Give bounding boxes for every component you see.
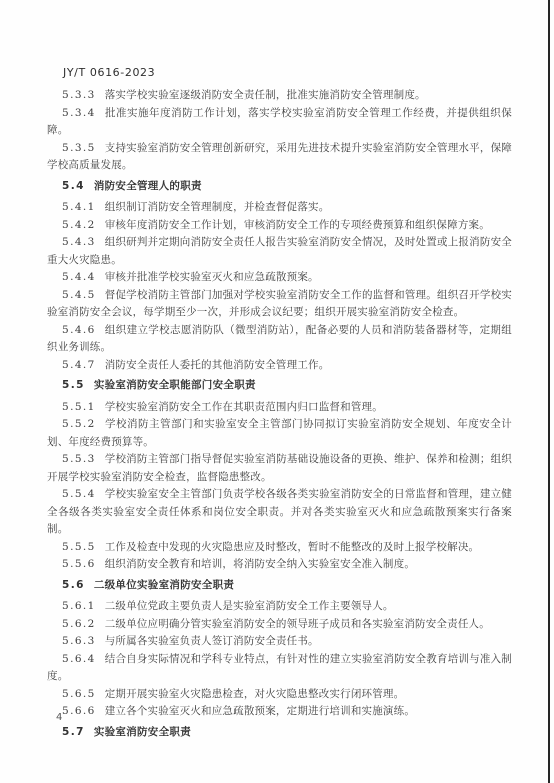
clause-text: 组织消防安全教育和培训，将消防安全纳入实验室安全准入制度。 bbox=[105, 558, 415, 570]
clause-text: 审核并批准学校实验室灭火和应急疏散预案。 bbox=[105, 271, 319, 283]
clause-5.3.3: 5.3.3落实学校实验室逐级消防安全责任制，批准实施消防安全管理制度。 bbox=[47, 87, 512, 105]
clause-5.5.6: 5.5.6组织消防安全教育和培训，将消防安全纳入实验室安全准入制度。 bbox=[47, 556, 512, 574]
clause-number: 5.4.4 bbox=[62, 271, 105, 283]
clause-number: 5.3.4 bbox=[62, 107, 105, 119]
clause-5.4.7: 5.4.7消防安全责任人委托的其他消防安全管理工作。 bbox=[47, 357, 512, 375]
clause-text: 组织研判并定期向消防安全责任人报告实验室消防安全情况，及时处置或上报消防安全重大… bbox=[47, 236, 512, 266]
clause-5.5.1: 5.5.1学校实验室消防安全工作在其职责范围内归口监督和管理。 bbox=[47, 399, 512, 417]
heading-number: 5.6 bbox=[62, 579, 94, 591]
clause-text: 学校消防主管部门指导督促实验室消防基础设施设备的更换、维护、保养和检测；组织开展… bbox=[47, 453, 512, 483]
clause-5.6.1: 5.6.1二级单位党政主要负责人是实验室消防安全工作主要领导人。 bbox=[47, 598, 512, 616]
clause-5.6.4: 5.6.4结合自身实际情况和学科专业特点，有针对性的建立实验室消防安全教育培训与… bbox=[47, 651, 512, 686]
clause-number: 5.5.4 bbox=[62, 488, 105, 500]
clause-number: 5.6.1 bbox=[62, 600, 105, 612]
clause-number: 5.5.1 bbox=[62, 401, 105, 413]
clause-5.3.4: 5.3.4批准实施年度消防工作计划，落实学校实验室消防安全管理工作经费，并提供组… bbox=[47, 105, 512, 140]
clause-text: 与所属各实验室负责人签订消防安全责任书。 bbox=[105, 635, 319, 647]
clause-number: 5.5.6 bbox=[62, 558, 105, 570]
clause-text: 工作及检查中发现的火灾隐患应及时整改，暂时不能整改的及时上报学校解决。 bbox=[105, 541, 480, 553]
section-heading-5.6: 5.6二级单位实验室消防安全职责 bbox=[47, 577, 512, 595]
standard-number-header: JY/T 0616-2023 bbox=[63, 66, 155, 79]
clause-number: 5.5.3 bbox=[62, 453, 105, 465]
clause-number: 5.3.3 bbox=[62, 89, 105, 101]
clause-number: 5.5.5 bbox=[62, 541, 105, 553]
clause-text: 学校实验室安全主管部门负责学校各级各类实验室消防安全的日常监督和管理，建立健全各… bbox=[47, 488, 512, 535]
clause-number: 5.4.3 bbox=[62, 236, 105, 248]
clause-text: 组织建立学校志愿消防队（微型消防站），配备必要的人员和消防装备器材等，定期组织业… bbox=[47, 324, 512, 354]
clause-text: 二级单位党政主要负责人是实验室消防安全工作主要领导人。 bbox=[105, 600, 394, 612]
clause-number: 5.6.2 bbox=[62, 618, 105, 630]
clause-5.6.5: 5.6.5定期开展实验室火灾隐患检查，对火灾隐患整改实行闭环管理。 bbox=[47, 686, 512, 704]
clause-text: 消防安全责任人委托的其他消防安全管理工作。 bbox=[105, 359, 330, 371]
clause-text: 组织制订消防安全管理制度，并检查督促落实。 bbox=[105, 201, 330, 213]
clause-text: 二级单位应明确分管实验室消防安全的领导班子成员和各实验室消防安全责任人。 bbox=[105, 618, 490, 630]
heading-number: 5.4 bbox=[62, 180, 94, 192]
clause-5.6.3: 5.6.3与所属各实验室负责人签订消防安全责任书。 bbox=[47, 633, 512, 651]
heading-text: 实验室消防安全职能部门安全职责 bbox=[94, 379, 256, 391]
clause-text: 审核年度消防安全工作计划，审核消防安全工作的专项经费预算和组织保障方案。 bbox=[105, 219, 490, 231]
clause-5.4.6: 5.4.6组织建立学校志愿消防队（微型消防站），配备必要的人员和消防装备器材等，… bbox=[47, 322, 512, 357]
clause-text: 学校消防主管部门和实验室安全主管部门协同拟订实验室消防安全规划、年度安全计划、年… bbox=[47, 418, 512, 448]
clause-number: 5.6.5 bbox=[62, 688, 105, 700]
clause-number: 5.4.1 bbox=[62, 201, 105, 213]
clause-5.5.2: 5.5.2学校消防主管部门和实验室安全主管部门协同拟订实验室消防安全规划、年度安… bbox=[47, 416, 512, 451]
clause-number: 5.6.6 bbox=[62, 705, 105, 717]
clause-text: 结合自身实际情况和学科专业特点，有针对性的建立实验室消防安全教育培训与准入制度。 bbox=[47, 653, 512, 683]
clause-number: 5.4.6 bbox=[62, 324, 105, 336]
heading-text: 实验室消防安全职责 bbox=[94, 726, 191, 738]
section-heading-5.4: 5.4消防安全管理人的职责 bbox=[47, 178, 512, 196]
clause-5.4.3: 5.4.3组织研判并定期向消防安全责任人报告实验室消防安全情况，及时处置或上报消… bbox=[47, 234, 512, 269]
clause-5.4.5: 5.4.5督促学校消防主管部门加强对学校实验室消防安全工作的监督和管理。组织召开… bbox=[47, 287, 512, 322]
clause-text: 督促学校消防主管部门加强对学校实验室消防安全工作的监督和管理。组织召开学校实验室… bbox=[47, 289, 512, 319]
clause-text: 支持实验室消防安全管理创新研究，采用先进技术提升实验室消防安全管理水平，保障学校… bbox=[47, 142, 512, 172]
clause-number: 5.3.5 bbox=[62, 142, 105, 154]
clause-text: 落实学校实验室逐级消防安全责任制，批准实施消防安全管理制度。 bbox=[105, 89, 426, 101]
heading-text: 二级单位实验室消防安全职责 bbox=[94, 579, 234, 591]
clause-number: 5.4.7 bbox=[62, 359, 105, 371]
clause-5.5.4: 5.5.4学校实验室安全主管部门负责学校各级各类实验室消防安全的日常监督和管理，… bbox=[47, 486, 512, 539]
clause-number: 5.4.2 bbox=[62, 219, 105, 231]
clause-5.5.3: 5.5.3学校消防主管部门指导督促实验室消防基础设施设备的更换、维护、保养和检测… bbox=[47, 451, 512, 486]
clause-5.6.6: 5.6.6建立各个实验室灭火和应急疏散预案，定期进行培训和实施演练。 bbox=[47, 703, 512, 721]
clause-5.4.1: 5.4.1组织制订消防安全管理制度，并检查督促落实。 bbox=[47, 199, 512, 217]
clause-text: 定期开展实验室火灾隐患检查，对火灾隐患整改实行闭环管理。 bbox=[105, 688, 405, 700]
section-heading-5.7: 5.7实验室消防安全职责 bbox=[47, 724, 512, 742]
clause-text: 学校实验室消防安全工作在其职责范围内归口监督和管理。 bbox=[105, 401, 383, 413]
clause-number: 5.6.4 bbox=[62, 653, 105, 665]
clause-5.6.2: 5.6.2二级单位应明确分管实验室消防安全的领导班子成员和各实验室消防安全责任人… bbox=[47, 616, 512, 634]
clause-5.4.4: 5.4.4审核并批准学校实验室灭火和应急疏散预案。 bbox=[47, 269, 512, 287]
heading-number: 5.5 bbox=[62, 379, 94, 391]
clause-5.4.2: 5.4.2审核年度消防安全工作计划，审核消防安全工作的专项经费预算和组织保障方案… bbox=[47, 217, 512, 235]
scan-edge-line bbox=[548, 0, 550, 783]
clause-number: 5.6.3 bbox=[62, 635, 105, 647]
clause-text: 批准实施年度消防工作计划，落实学校实验室消防安全管理工作经费，并提供组织保障。 bbox=[47, 107, 512, 137]
scanned-document-page: JY/T 0616-2023 5.3.3落实学校实验室逐级消防安全责任制，批准实… bbox=[0, 0, 554, 783]
clause-number: 5.5.2 bbox=[62, 418, 105, 430]
clause-text: 建立各个实验室灭火和应急疏散预案，定期进行培训和实施演练。 bbox=[105, 705, 415, 717]
document-body: 5.3.3落实学校实验室逐级消防安全责任制，批准实施消防安全管理制度。 5.3.… bbox=[0, 87, 554, 745]
heading-text: 消防安全管理人的职责 bbox=[94, 180, 202, 192]
section-heading-5.5: 5.5实验室消防安全职能部门安全职责 bbox=[47, 377, 512, 395]
clause-5.5.5: 5.5.5工作及检查中发现的火灾隐患应及时整改，暂时不能整改的及时上报学校解决。 bbox=[47, 539, 512, 557]
clause-5.3.5: 5.3.5支持实验室消防安全管理创新研究，采用先进技术提升实验室消防安全管理水平… bbox=[47, 140, 512, 175]
page-number: 4 bbox=[56, 712, 62, 723]
clause-number: 5.4.5 bbox=[62, 289, 105, 301]
heading-number: 5.7 bbox=[62, 726, 94, 738]
